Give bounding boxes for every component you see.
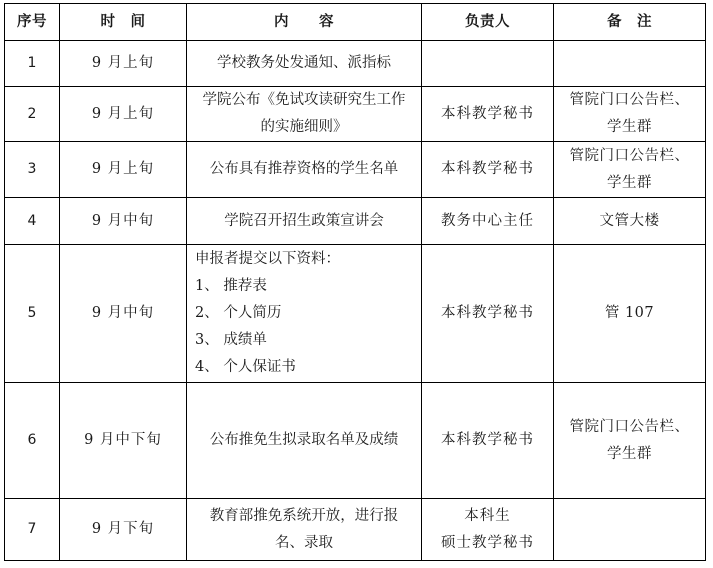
table-row: 3 9 月上旬 公布具有推荐资格的学生名单 本科教学秘书 管院门口公告栏、 学生…	[5, 142, 706, 198]
content-list-item: 4、 个人保证书	[195, 354, 415, 381]
header-content: 内 容	[187, 4, 422, 41]
row-remark	[554, 41, 706, 87]
remark-line: 管院门口公告栏、	[560, 87, 699, 114]
row-remark: 文管大楼	[554, 198, 706, 245]
row-time: 9 月上旬	[60, 87, 187, 142]
content-list-item: 3、 成绩单	[195, 327, 415, 354]
table-row: 6 9 月中下旬 公布推免生拟录取名单及成绩 本科教学秘书 管院门口公告栏、 学…	[5, 383, 706, 499]
content-line: 的实施细则》	[193, 114, 415, 141]
table-row: 4 9 月中旬 学院召开招生政策宣讲会 教务中心主任 文管大楼	[5, 198, 706, 245]
header-owner: 负责人	[422, 4, 554, 41]
owner-line: 本科教学秘书	[428, 300, 547, 327]
table-row: 7 9 月下旬 教育部推免系统开放，进行报 名、录取 本科生 硕士教学秘书	[5, 499, 706, 561]
remark-line: 文管大楼	[560, 208, 699, 235]
content-line: 教育部推免系统开放，进行报	[193, 503, 415, 530]
row-number: 7	[5, 499, 60, 561]
header-row: 序号 时 间 内 容 负责人 备 注	[5, 4, 706, 41]
table-row: 1 9 月上旬 学校教务处发通知、派指标	[5, 41, 706, 87]
owner-line: 教务中心主任	[428, 208, 547, 235]
content-line: 申报者提交以下资料：	[195, 246, 415, 273]
row-time: 9 月上旬	[60, 41, 187, 87]
row-owner: 本科教学秘书	[422, 383, 554, 499]
row-content: 学院召开招生政策宣讲会	[187, 198, 422, 245]
row-remark: 管院门口公告栏、 学生群	[554, 142, 706, 198]
row-content: 公布推免生拟录取名单及成绩	[187, 383, 422, 499]
row-content: 教育部推免系统开放，进行报 名、录取	[187, 499, 422, 561]
owner-line: 本科生	[428, 503, 547, 530]
content-line: 公布具有推荐资格的学生名单	[193, 156, 415, 183]
remark-line: 管 107	[560, 300, 699, 327]
row-number: 6	[5, 383, 60, 499]
row-remark	[554, 499, 706, 561]
row-time: 9 月中旬	[60, 198, 187, 245]
row-owner: 教务中心主任	[422, 198, 554, 245]
row-owner	[422, 41, 554, 87]
row-owner: 本科生 硕士教学秘书	[422, 499, 554, 561]
row-owner: 本科教学秘书	[422, 87, 554, 142]
content-line: 公布推免生拟录取名单及成绩	[193, 427, 415, 454]
owner-line: 本科教学秘书	[428, 101, 547, 128]
content-list-item: 2、 个人简历	[195, 300, 415, 327]
header-remark: 备 注	[554, 4, 706, 41]
row-owner: 本科教学秘书	[422, 142, 554, 198]
remark-line: 学生群	[560, 114, 699, 141]
row-remark: 管 107	[554, 245, 706, 383]
remark-line: 管院门口公告栏、	[560, 143, 699, 170]
schedule-table: 序号 时 间 内 容 负责人 备 注 1 9 月上旬 学校教务处发通知、派指标 …	[4, 3, 706, 561]
row-remark: 管院门口公告栏、 学生群	[554, 383, 706, 499]
table-row: 2 9 月上旬 学院公布《免试攻读研究生工作 的实施细则》 本科教学秘书 管院门…	[5, 87, 706, 142]
content-line: 学院公布《免试攻读研究生工作	[193, 87, 415, 114]
row-number: 3	[5, 142, 60, 198]
row-content: 学院公布《免试攻读研究生工作 的实施细则》	[187, 87, 422, 142]
content-line: 学校教务处发通知、派指标	[193, 50, 415, 77]
row-owner: 本科教学秘书	[422, 245, 554, 383]
content-list-item: 1、 推荐表	[195, 273, 415, 300]
row-time: 9 月上旬	[60, 142, 187, 198]
header-time: 时 间	[60, 4, 187, 41]
header-no: 序号	[5, 4, 60, 41]
owner-line: 本科教学秘书	[428, 156, 547, 183]
row-number: 1	[5, 41, 60, 87]
row-content: 公布具有推荐资格的学生名单	[187, 142, 422, 198]
row-content: 申报者提交以下资料： 1、 推荐表 2、 个人简历 3、 成绩单 4、 个人保证…	[187, 245, 422, 383]
row-remark: 管院门口公告栏、 学生群	[554, 87, 706, 142]
row-time: 9 月中旬	[60, 245, 187, 383]
remark-line: 学生群	[560, 441, 699, 468]
remark-line: 管院门口公告栏、	[560, 414, 699, 441]
table-row: 5 9 月中旬 申报者提交以下资料： 1、 推荐表 2、 个人简历 3、 成绩单…	[5, 245, 706, 383]
remark-line: 学生群	[560, 170, 699, 197]
content-line: 学院召开招生政策宣讲会	[193, 208, 415, 235]
row-time: 9 月中下旬	[60, 383, 187, 499]
content-line: 名、录取	[193, 530, 415, 557]
row-number: 2	[5, 87, 60, 142]
owner-line: 硕士教学秘书	[428, 530, 547, 557]
row-number: 4	[5, 198, 60, 245]
row-time: 9 月下旬	[60, 499, 187, 561]
row-content: 学校教务处发通知、派指标	[187, 41, 422, 87]
owner-line: 本科教学秘书	[428, 427, 547, 454]
row-number: 5	[5, 245, 60, 383]
